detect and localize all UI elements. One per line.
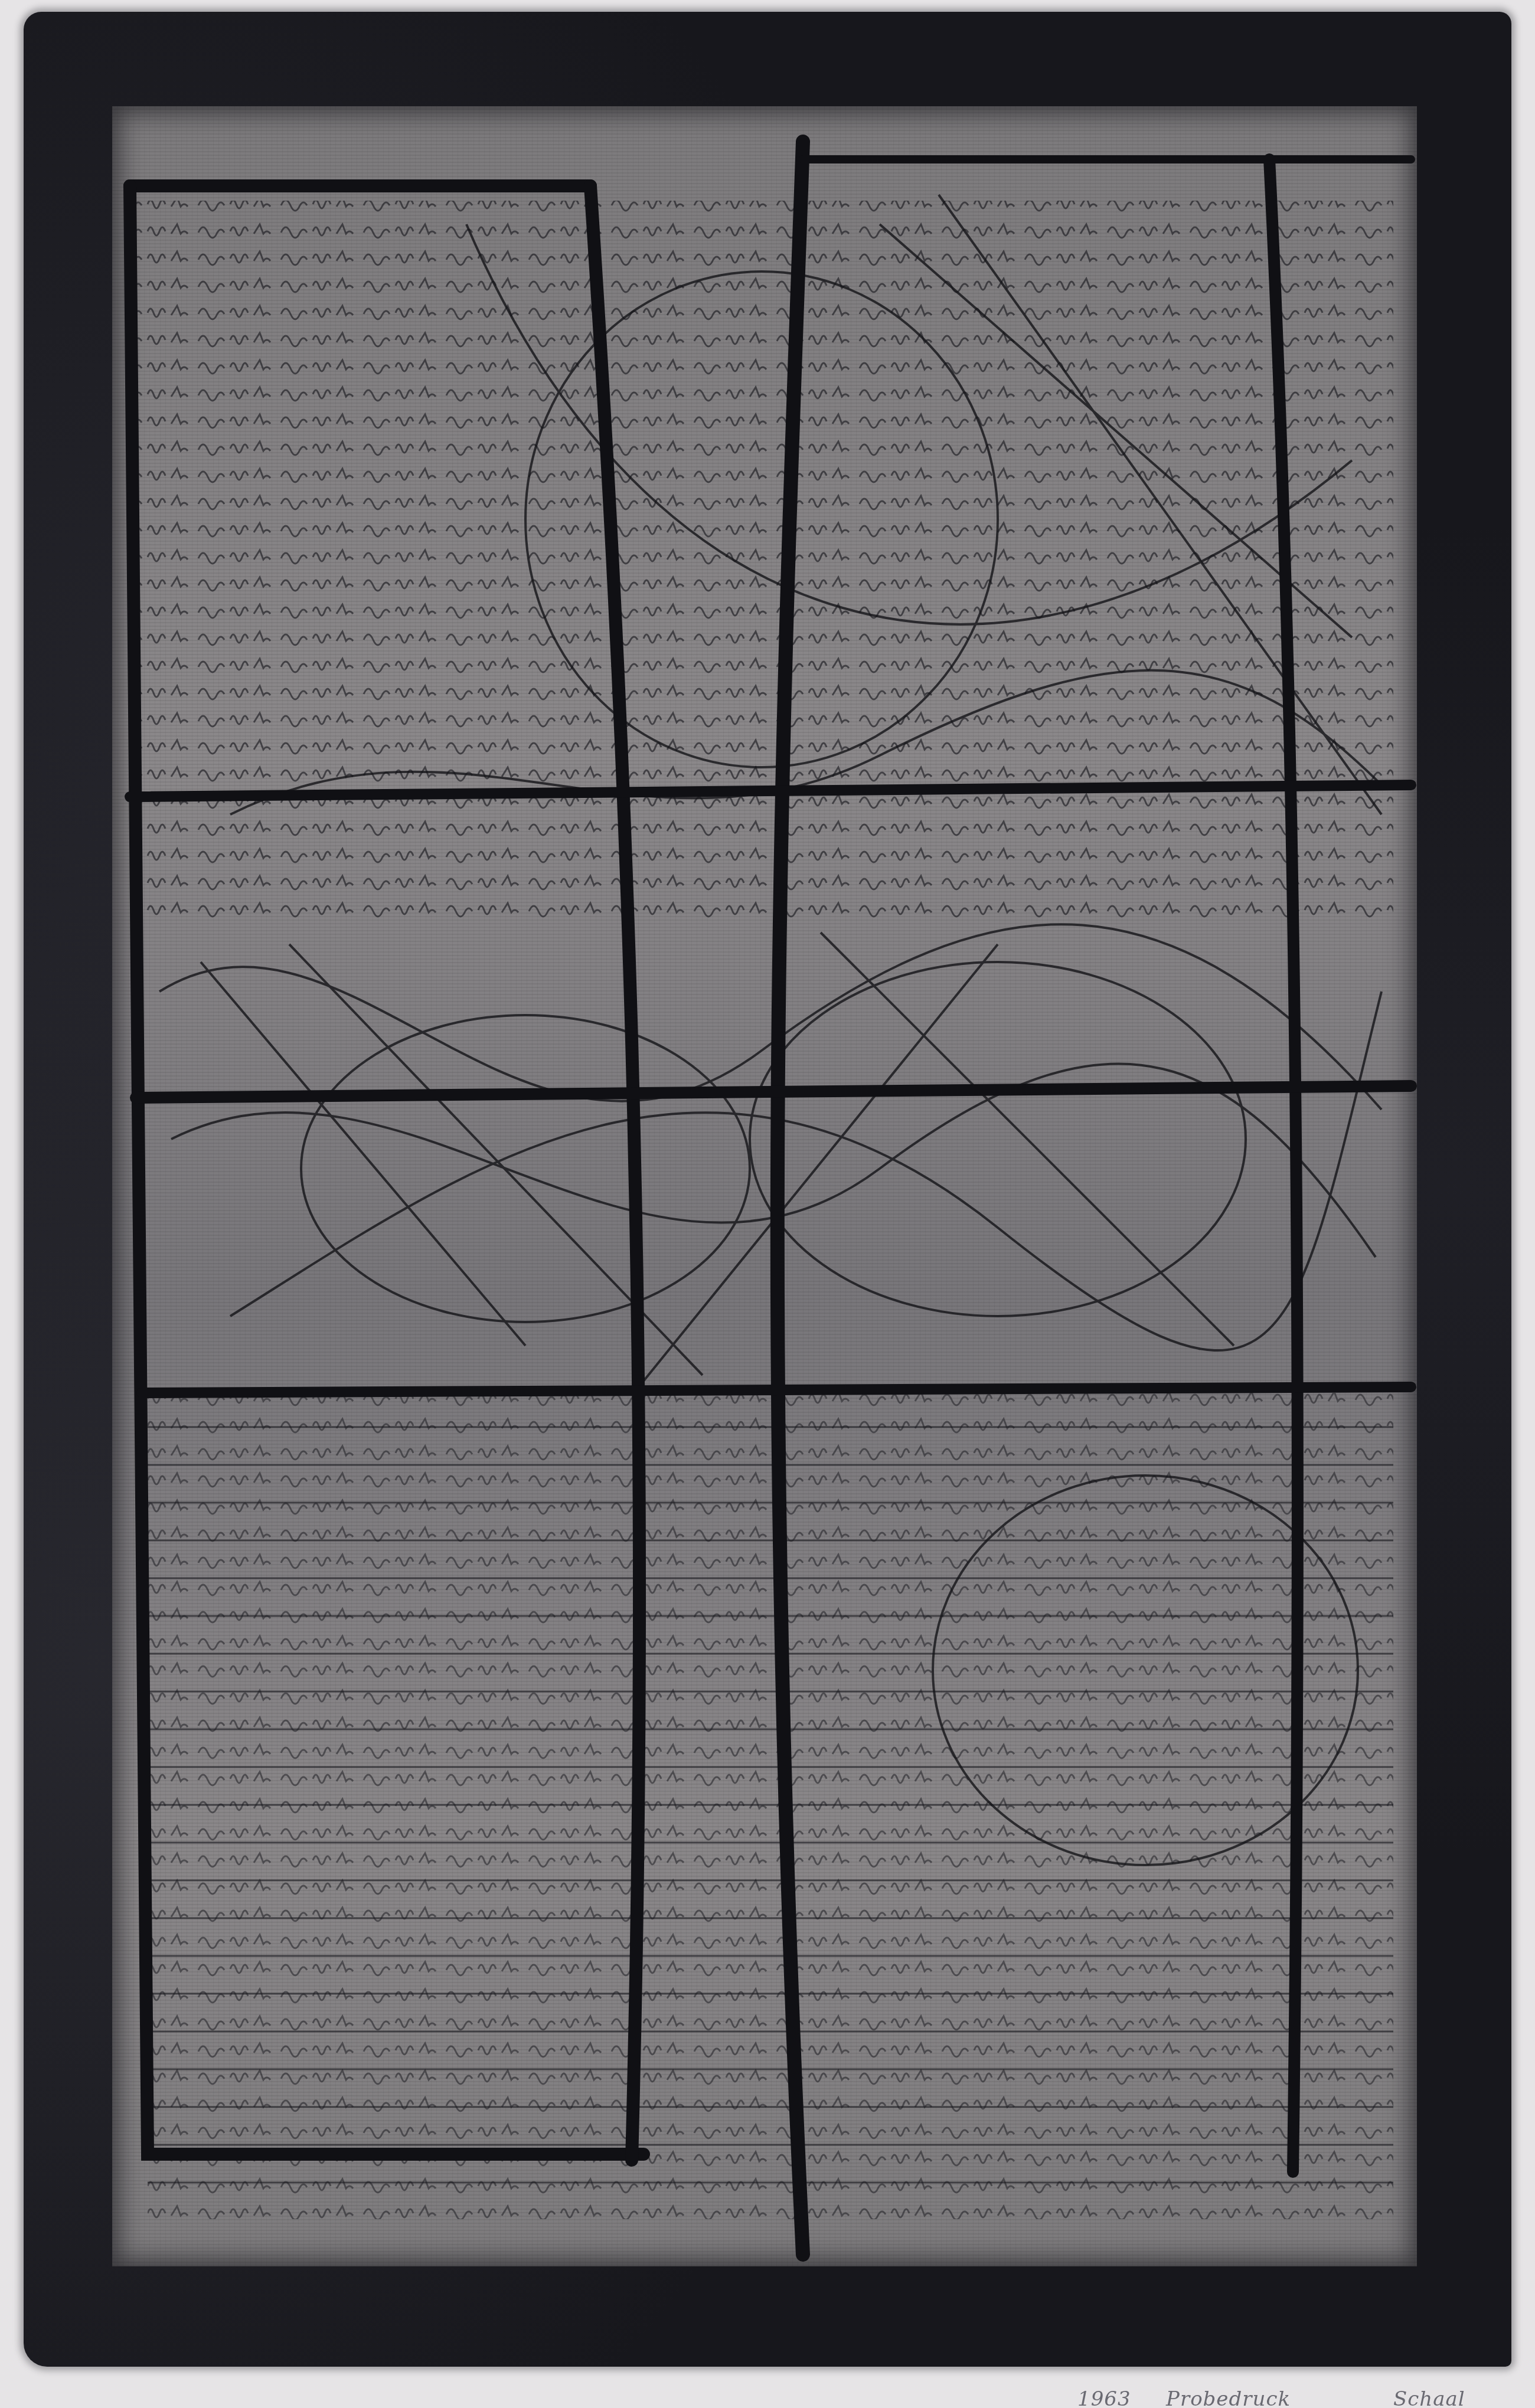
inscription-edition: Probedruck [1166,2387,1291,2408]
inscription-year: 1963 [1077,2387,1131,2408]
etched-plate [112,106,1417,2266]
scribble-texture [112,106,1417,2266]
print-sheet: 1963 Probedruck Schaal [0,0,1535,2408]
inscription-signature: Schaal [1393,2387,1465,2408]
